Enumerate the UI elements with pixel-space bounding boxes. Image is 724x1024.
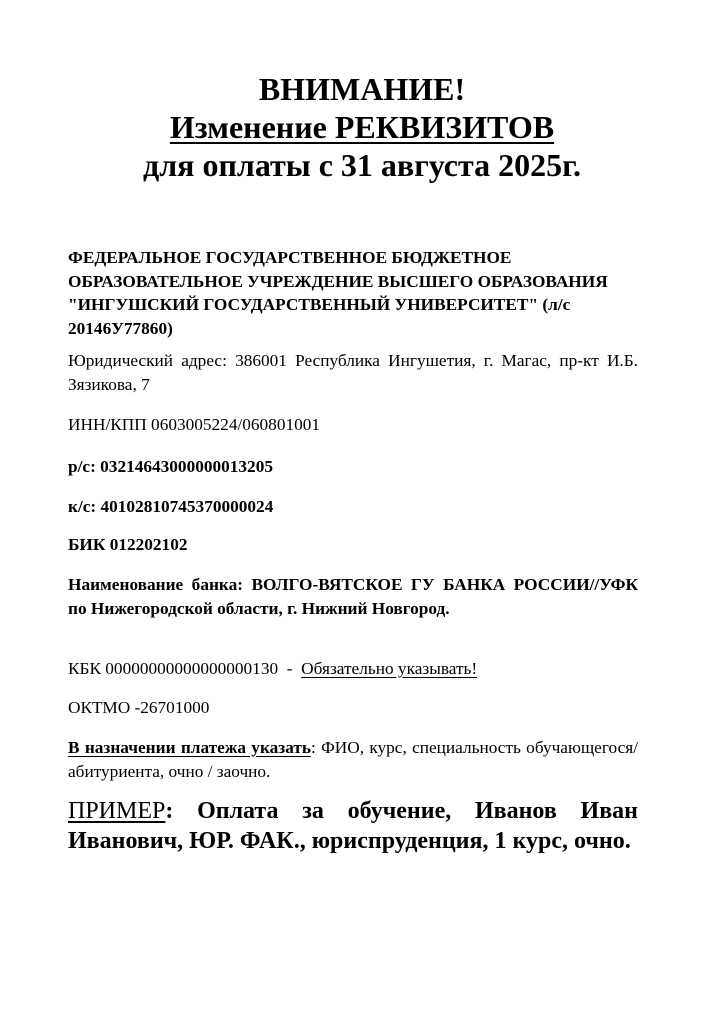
kbk-required-note: Обязательно указывать! — [301, 659, 477, 678]
settlement-account: р/с: 03214643000000013205 — [68, 455, 638, 479]
correspondent-account: к/с: 40102810745370000024 — [68, 495, 638, 519]
payment-example: ПРИМЕР: Оплата за обучение, Иванов Иван … — [68, 796, 638, 856]
notice-subtitle-text: Изменение РЕКВИЗИТОВ — [170, 109, 554, 145]
notice-subtitle: Изменение РЕКВИЗИТОВ — [0, 108, 724, 146]
kbk: КБК 00000000000000000130 - Обязательно у… — [68, 657, 638, 681]
organization-name: ФЕДЕРАЛЬНОЕ ГОСУДАРСТВЕННОЕ БЮДЖЕТНОЕ ОБ… — [68, 246, 638, 340]
notice-title: ВНИМАНИЕ! — [0, 70, 724, 108]
oktmo: ОКТМО -26701000 — [68, 696, 638, 720]
bank-name-label: Наименование банка: — [68, 575, 243, 594]
payment-purpose: В назначении платежа указать: ФИО, курс,… — [68, 736, 638, 783]
bank-name: Наименование банка: ВОЛГО-ВЯТСКОЕ ГУ БАН… — [68, 573, 638, 620]
kbk-code: КБК 00000000000000000130 - — [68, 659, 301, 678]
example-label: ПРИМЕР — [68, 798, 165, 824]
inn-kpp: ИНН/КПП 0603005224/060801001 — [68, 413, 638, 437]
notice-date: для оплаты с 31 августа 2025г. — [0, 146, 724, 184]
payment-purpose-label: В назначении платежа указать — [68, 738, 311, 757]
organization-full-name: ФЕДЕРАЛЬНОЕ ГОСУДАРСТВЕННОЕ БЮДЖЕТНОЕ ОБ… — [68, 248, 608, 314]
legal-address: Юридический адрес: 386001 Республика Инг… — [68, 349, 638, 396]
notice-header: ВНИМАНИЕ! Изменение РЕКВИЗИТОВ для оплат… — [0, 70, 724, 184]
bik: БИК 012202102 — [68, 533, 638, 557]
